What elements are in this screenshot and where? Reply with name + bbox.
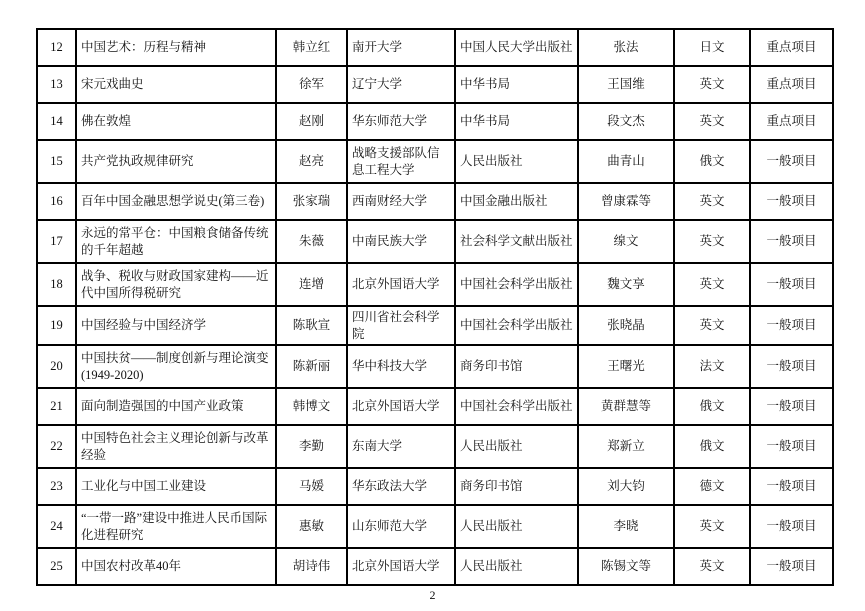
cell-category: 一般项目: [750, 548, 833, 585]
cell-title: 面向制造强国的中国产业政策: [76, 388, 276, 425]
cell-applicant: 马媛: [276, 468, 347, 505]
cell-language: 俄文: [674, 425, 750, 468]
cell-category: 一般项目: [750, 425, 833, 468]
cell-applicant: 赵亮: [276, 140, 347, 183]
table-row: 21 面向制造强国的中国产业政策 韩博文 北京外国语大学 中国社会科学出版社 黄…: [37, 388, 833, 425]
cell-author: 曾康霖等: [578, 183, 674, 220]
cell-publisher: 中国社会科学出版社: [455, 388, 578, 425]
cell-author: 黄群慧等: [578, 388, 674, 425]
table-row: 22 中国特色社会主义理论创新与改革经验 李勤 东南大学 人民出版社 郑新立 俄…: [37, 425, 833, 468]
table-row: 17 永远的常平仓：中国粮食储备传统的千年超越 朱薇 中南民族大学 社会科学文献…: [37, 220, 833, 263]
cell-category: 重点项目: [750, 29, 833, 66]
cell-category: 一般项目: [750, 388, 833, 425]
cell-institution: 北京外国语大学: [347, 548, 455, 585]
cell-publisher: 人民出版社: [455, 140, 578, 183]
cell-applicant: 惠敏: [276, 505, 347, 548]
table-row: 13 宋元戏曲史 徐军 辽宁大学 中华书局 王国维 英文 重点项目: [37, 66, 833, 103]
cell-language: 英文: [674, 103, 750, 140]
cell-institution: 四川省社会科学院: [347, 306, 455, 345]
cell-title: 战争、税收与财政国家建构——近代中国所得税研究: [76, 263, 276, 306]
cell-language: 法文: [674, 345, 750, 388]
cell-publisher: 中华书局: [455, 103, 578, 140]
cell-category: 重点项目: [750, 103, 833, 140]
cell-publisher: 中国金融出版社: [455, 183, 578, 220]
cell-no: 13: [37, 66, 76, 103]
cell-title: 中国特色社会主义理论创新与改革经验: [76, 425, 276, 468]
cell-institution: 华中科技大学: [347, 345, 455, 388]
table-row: 16 百年中国金融思想学说史(第三卷) 张家瑞 西南财经大学 中国金融出版社 曾…: [37, 183, 833, 220]
cell-applicant: 张家瑞: [276, 183, 347, 220]
cell-institution: 战略支援部队信息工程大学: [347, 140, 455, 183]
cell-applicant: 韩博文: [276, 388, 347, 425]
cell-applicant: 陈耿宣: [276, 306, 347, 345]
cell-title: 共产党执政规律研究: [76, 140, 276, 183]
cell-no: 12: [37, 29, 76, 66]
cell-category: 一般项目: [750, 140, 833, 183]
cell-author: 魏文享: [578, 263, 674, 306]
cell-language: 俄文: [674, 388, 750, 425]
table-row: 20 中国扶贫——制度创新与理论演变(1949-2020) 陈新丽 华中科技大学…: [37, 345, 833, 388]
cell-publisher: 商务印书馆: [455, 468, 578, 505]
cell-applicant: 李勤: [276, 425, 347, 468]
cell-language: 俄文: [674, 140, 750, 183]
cell-author: 缐文: [578, 220, 674, 263]
cell-author: 张法: [578, 29, 674, 66]
table-row: 14 佛在敦煌 赵刚 华东师范大学 中华书局 段文杰 英文 重点项目: [37, 103, 833, 140]
cell-institution: 东南大学: [347, 425, 455, 468]
cell-category: 一般项目: [750, 263, 833, 306]
cell-title: 永远的常平仓：中国粮食储备传统的千年超越: [76, 220, 276, 263]
document-page: 12 中国艺术：历程与精神 韩立红 南开大学 中国人民大学出版社 张法 日文 重…: [0, 0, 865, 611]
cell-category: 一般项目: [750, 505, 833, 548]
cell-institution: 辽宁大学: [347, 66, 455, 103]
cell-publisher: 人民出版社: [455, 425, 578, 468]
cell-no: 15: [37, 140, 76, 183]
cell-title: 百年中国金融思想学说史(第三卷): [76, 183, 276, 220]
table-row: 24 “一带一路”建设中推进人民币国际化进程研究 惠敏 山东师范大学 人民出版社…: [37, 505, 833, 548]
cell-title: 宋元戏曲史: [76, 66, 276, 103]
cell-title: “一带一路”建设中推进人民币国际化进程研究: [76, 505, 276, 548]
cell-publisher: 商务印书馆: [455, 345, 578, 388]
page-number: 2: [0, 588, 865, 603]
cell-author: 王国维: [578, 66, 674, 103]
cell-title: 佛在敦煌: [76, 103, 276, 140]
cell-category: 一般项目: [750, 468, 833, 505]
cell-publisher: 社会科学文献出版社: [455, 220, 578, 263]
cell-language: 英文: [674, 505, 750, 548]
cell-author: 张晓晶: [578, 306, 674, 345]
cell-applicant: 连增: [276, 263, 347, 306]
cell-author: 陈锡文等: [578, 548, 674, 585]
cell-institution: 北京外国语大学: [347, 263, 455, 306]
table-row: 18 战争、税收与财政国家建构——近代中国所得税研究 连增 北京外国语大学 中国…: [37, 263, 833, 306]
cell-no: 21: [37, 388, 76, 425]
table-row: 19 中国经验与中国经济学 陈耿宣 四川省社会科学院 中国社会科学出版社 张晓晶…: [37, 306, 833, 345]
cell-institution: 华东师范大学: [347, 103, 455, 140]
cell-category: 一般项目: [750, 220, 833, 263]
cell-language: 英文: [674, 66, 750, 103]
cell-no: 17: [37, 220, 76, 263]
cell-title: 中国艺术：历程与精神: [76, 29, 276, 66]
cell-title: 中国扶贫——制度创新与理论演变(1949-2020): [76, 345, 276, 388]
cell-author: 刘大钧: [578, 468, 674, 505]
cell-language: 英文: [674, 183, 750, 220]
cell-publisher: 中国人民大学出版社: [455, 29, 578, 66]
cell-title: 工业化与中国工业建设: [76, 468, 276, 505]
cell-author: 李晓: [578, 505, 674, 548]
cell-no: 20: [37, 345, 76, 388]
cell-institution: 西南财经大学: [347, 183, 455, 220]
cell-applicant: 韩立红: [276, 29, 347, 66]
cell-applicant: 赵刚: [276, 103, 347, 140]
cell-applicant: 胡诗伟: [276, 548, 347, 585]
cell-author: 王曙光: [578, 345, 674, 388]
cell-publisher: 中华书局: [455, 66, 578, 103]
cell-language: 德文: [674, 468, 750, 505]
cell-no: 24: [37, 505, 76, 548]
cell-publisher: 中国社会科学出版社: [455, 263, 578, 306]
cell-language: 日文: [674, 29, 750, 66]
cell-language: 英文: [674, 306, 750, 345]
cell-category: 一般项目: [750, 183, 833, 220]
cell-institution: 北京外国语大学: [347, 388, 455, 425]
cell-publisher: 人民出版社: [455, 505, 578, 548]
cell-no: 16: [37, 183, 76, 220]
cell-author: 郑新立: [578, 425, 674, 468]
cell-publisher: 中国社会科学出版社: [455, 306, 578, 345]
cell-applicant: 陈新丽: [276, 345, 347, 388]
cell-category: 重点项目: [750, 66, 833, 103]
cell-institution: 南开大学: [347, 29, 455, 66]
cell-author: 曲青山: [578, 140, 674, 183]
cell-category: 一般项目: [750, 345, 833, 388]
cell-language: 英文: [674, 220, 750, 263]
table-row: 25 中国农村改革40年 胡诗伟 北京外国语大学 人民出版社 陈锡文等 英文 一…: [37, 548, 833, 585]
cell-category: 一般项目: [750, 306, 833, 345]
table-row: 12 中国艺术：历程与精神 韩立红 南开大学 中国人民大学出版社 张法 日文 重…: [37, 29, 833, 66]
cell-applicant: 朱薇: [276, 220, 347, 263]
cell-title: 中国经验与中国经济学: [76, 306, 276, 345]
cell-language: 英文: [674, 263, 750, 306]
cell-publisher: 人民出版社: [455, 548, 578, 585]
cell-institution: 中南民族大学: [347, 220, 455, 263]
cell-language: 英文: [674, 548, 750, 585]
cell-applicant: 徐军: [276, 66, 347, 103]
cell-no: 25: [37, 548, 76, 585]
cell-no: 19: [37, 306, 76, 345]
table-row: 15 共产党执政规律研究 赵亮 战略支援部队信息工程大学 人民出版社 曲青山 俄…: [37, 140, 833, 183]
cell-no: 23: [37, 468, 76, 505]
projects-table: 12 中国艺术：历程与精神 韩立红 南开大学 中国人民大学出版社 张法 日文 重…: [36, 28, 834, 586]
cell-no: 22: [37, 425, 76, 468]
cell-no: 14: [37, 103, 76, 140]
cell-no: 18: [37, 263, 76, 306]
cell-author: 段文杰: [578, 103, 674, 140]
cell-title: 中国农村改革40年: [76, 548, 276, 585]
cell-institution: 华东政法大学: [347, 468, 455, 505]
cell-institution: 山东师范大学: [347, 505, 455, 548]
table-row: 23 工业化与中国工业建设 马媛 华东政法大学 商务印书馆 刘大钧 德文 一般项…: [37, 468, 833, 505]
